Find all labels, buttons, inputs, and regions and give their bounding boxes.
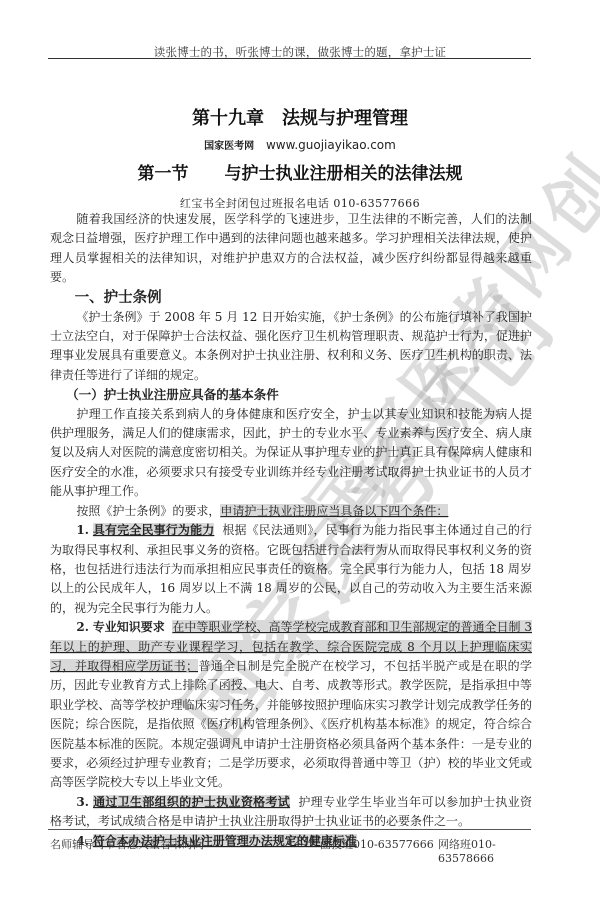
item-title: 具有完全民事行为能力 (93, 523, 214, 537)
section-title: 第一节 与护士执业注册相关的法律法规 (0, 159, 600, 184)
chapter-title: 第十九章 法规与护理管理 (0, 104, 600, 130)
header-divider (48, 58, 531, 59)
section-title-text: 与护士执业注册相关的法律法规 (224, 164, 462, 184)
item-number: 2. (76, 620, 89, 634)
section-number: 第一节 (138, 164, 189, 184)
paragraph-regulations: 《护士条例》于 2008 年 5 月 12 日开始实施，《护士条例》的公布施行填… (50, 308, 532, 386)
requirements-prefix: 按照《护士条例》的要求， (76, 504, 220, 518)
enroll-phone-line: 红宝书全封闭包过班报名电话 010-63577666 (0, 195, 600, 211)
footer-slogan: 名师辅导可节省您大量看书时间 (50, 836, 204, 852)
intro-paragraph: 随着我国经济的快速发展，医学科学的飞速进步，卫生法律的不断完善，人们的法制观念日… (50, 210, 532, 288)
requirements-highlight: 申请护士执业注册应当具备以下四个条件： (220, 504, 448, 518)
site-line: 国家医考网 www.guojiayikao.com (0, 137, 600, 152)
page-number: 1234 (286, 834, 315, 848)
item-text: 普通全日制是完全脱产在校学习，不包括半脱产或是在职的学历，因此专业教育方式上排除… (50, 659, 532, 789)
item-title: 专业知识要求 (93, 620, 165, 634)
footer-classroom-phone: 面授班010-63577666 (320, 836, 434, 852)
condition-item-3: 3. 通过卫生部组织的护士执业资格考试 护理专业学生毕业当年可以参加护士执业资格… (50, 793, 532, 832)
page-footer: 名师辅导可节省您大量看书时间 1234 面授班010-63577666 网络班0… (48, 834, 538, 850)
heading-basic-conditions: （一）护士执业注册应具备的基本条件 (50, 385, 532, 404)
condition-item-1: 1. 具有完全民事行为能力 根据《民法通则》，民事行为能力指民事主体通过自己的行… (50, 521, 532, 618)
site-url: www.guojiayikao.com (266, 138, 396, 152)
document-page: 国家医考网创 国家医考网创 读张博士的书，听张博士的课，做张博士的题，拿护士证 … (0, 0, 600, 912)
condition-item-2: 2. 专业知识要求 在中等职业学校、高等学校完成教育部和卫生部规定的普通全日制 … (50, 618, 532, 793)
document-body: 随着我国经济的快速发展，医学科学的飞速进步，卫生法律的不断完善，人们的法制观念日… (50, 210, 532, 851)
item-number: 1. (76, 523, 89, 537)
item-title: 通过卫生部组织的护士执业资格考试 (93, 795, 290, 809)
item-number: 3. (76, 795, 89, 809)
heading-nurse-regulations: 一、护士条例 (50, 288, 532, 308)
site-name: 国家医考网 (204, 141, 254, 152)
paragraph-nursing-work: 护理工作直接关系到病人的身体健康和医疗安全，护士以其专业知识和技能为病人提供护理… (50, 405, 532, 502)
footer-divider (48, 829, 531, 830)
footer-online-phone: 网络班010-63578666 (438, 836, 538, 865)
paragraph-requirements: 按照《护士条例》的要求，申请护士执业注册应当具备以下四个条件： (50, 502, 532, 521)
